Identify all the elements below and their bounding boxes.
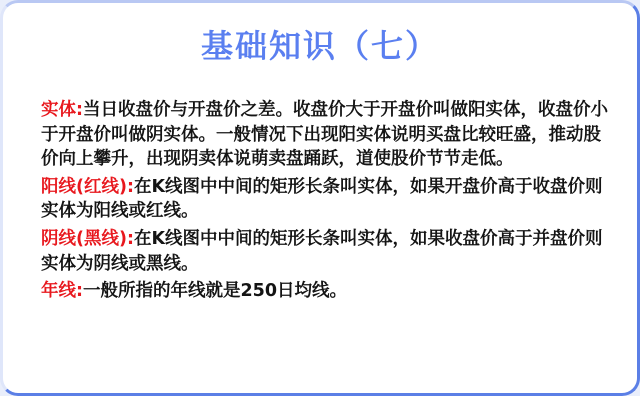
term-label: 年线: bbox=[41, 281, 83, 301]
definition-text: 当日收盘价与开盘价之差。收盘价大于开盘价叫做阳实体，收盘价小于开盘价叫做阴实体。… bbox=[41, 100, 608, 169]
term-label: 阴线(黑线): bbox=[41, 229, 134, 249]
definition-yang-line: 阳线(红线):在K线图中中间的矩形长条叫实体，如果开盘价高于收盘价则实体为阳线或… bbox=[41, 175, 616, 224]
definitions-list: 实体:当日收盘价与开盘价之差。收盘价大于开盘价叫做阳实体，收盘价小于开盘价叫做阴… bbox=[41, 98, 616, 307]
definition-annual-line: 年线:一般所指的年线就是250日均线。 bbox=[41, 279, 616, 304]
term-label: 阳线(红线): bbox=[41, 177, 134, 197]
knowledge-card: 基础知识（七） 实体:当日收盘价与开盘价之差。收盘价大于开盘价叫做阳实体，收盘价… bbox=[0, 0, 640, 396]
term-label: 实体: bbox=[41, 100, 83, 120]
definition-yin-line: 阴线(黑线):在K线图中中间的矩形长条叫实体，如果收盘价高于并盘价则实体为阴线或… bbox=[41, 227, 616, 276]
definition-solid-body: 实体:当日收盘价与开盘价之差。收盘价大于开盘价叫做阳实体，收盘价小于开盘价叫做阴… bbox=[41, 98, 616, 172]
page-title: 基础知识（七） bbox=[3, 21, 637, 67]
definition-text: 一般所指的年线就是250日均线。 bbox=[83, 281, 347, 301]
